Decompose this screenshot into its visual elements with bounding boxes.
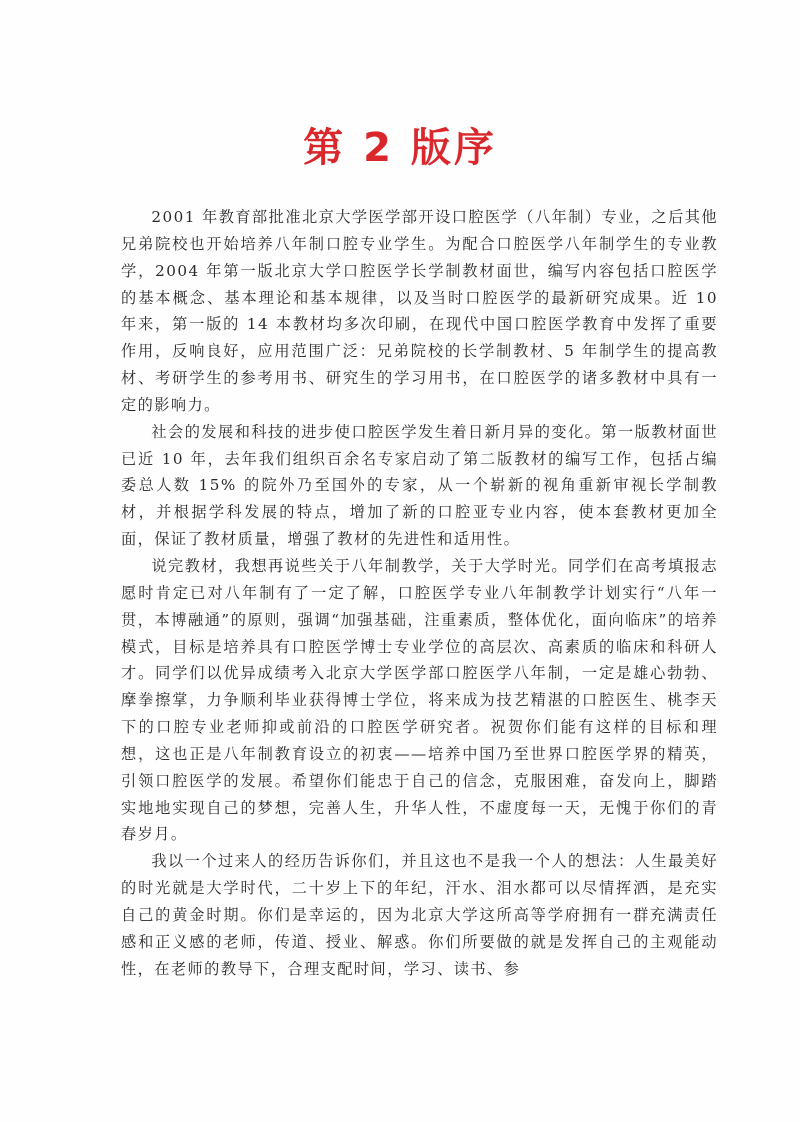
paragraph: 2001 年教育部批准北京大学医学部开设口腔医学（八年制）专业，之后其他兄弟院校… (121, 204, 718, 419)
page-title: 第 2 版序 (0, 118, 800, 178)
paragraph: 社会的发展和科技的进步使口腔医学发生着日新月异的变化。第一版教材面世已近 10 … (121, 419, 718, 553)
document-page: 第 2 版序 2001 年教育部批准北京大学医学部开设口腔医学（八年制）专业，之… (0, 0, 800, 1122)
preface-body: 2001 年教育部批准北京大学医学部开设口腔医学（八年制）专业，之后其他兄弟院校… (121, 204, 718, 982)
paragraph: 说完教材，我想再说些关于八年制教学，关于大学时光。同学们在高考填报志愿时肯定已对… (121, 553, 718, 848)
paragraph: 我以一个过来人的经历告诉你们，并且这也不是我一个人的想法：人生最美好的时光就是大… (121, 848, 718, 982)
